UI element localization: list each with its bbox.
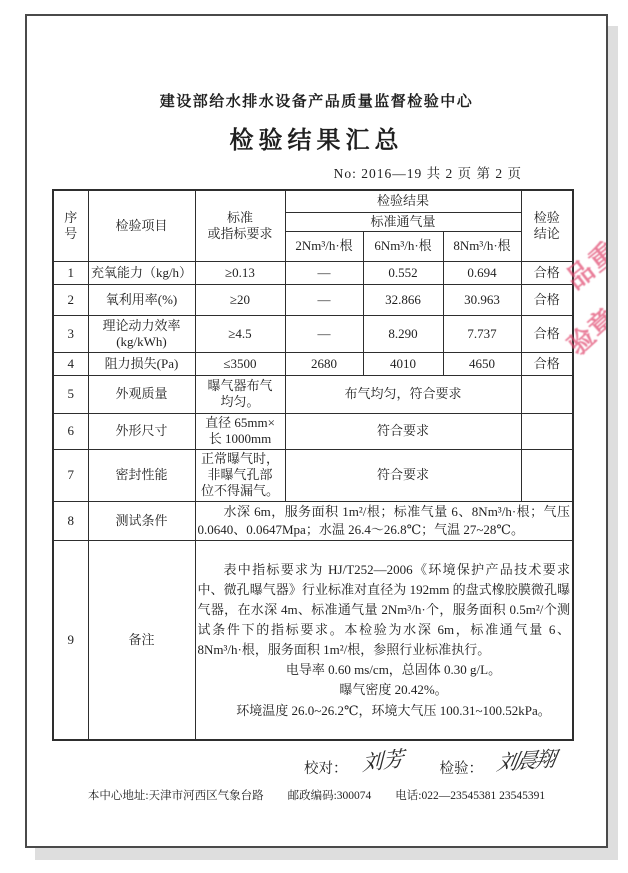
remark-line-density: 曝气密度 20.42%。 <box>198 680 571 700</box>
row-requirement: 正常曝气时， 非曝气孔部 位不得漏气。 <box>195 449 285 501</box>
proofread-signature: 刘芳 <box>361 749 403 775</box>
row-result: 符合要求 <box>285 449 521 501</box>
row-seq: 8 <box>53 501 88 540</box>
row-conclusion: 合格 <box>521 261 573 284</box>
row-seq: 1 <box>53 261 88 284</box>
row-requirement: ≤3500 <box>195 352 285 375</box>
test-conditions-cell: 水深 6m，服务面积 1m²/根；标准气量 6、8Nm³/h·根；气压 0.06… <box>195 501 573 540</box>
row-value-8: 4650 <box>443 352 521 375</box>
table-row: 1 充氧能力（kg/h） ≥0.13 — 0.552 0.694 合格 <box>53 261 573 284</box>
postal-code: 邮政编码:300074 <box>288 787 372 803</box>
row-result: 布气均匀，符合要求 <box>285 375 521 413</box>
row-item: 密封性能 <box>88 449 195 501</box>
row-conclusion: 合格 <box>521 352 573 375</box>
row-value-6: 8.290 <box>363 315 443 352</box>
row-requirement: ≥0.13 <box>195 261 285 284</box>
row-item: 氧利用率(%) <box>88 284 195 315</box>
center-address: 本中心地址:天津市河西区气象台路 <box>88 787 264 803</box>
header-result-group: 检验结果 <box>285 190 521 212</box>
row-seq: 3 <box>53 315 88 352</box>
row-value-2: 2680 <box>285 352 363 375</box>
row-value-6: 4010 <box>363 352 443 375</box>
header-airflow-2: 2Nm³/h·根 <box>285 231 363 261</box>
header-seq: 序 号 <box>53 190 88 261</box>
proofread-label: 校对： <box>304 751 348 778</box>
row-conclusion-empty <box>521 375 573 413</box>
table-row: 7 密封性能 正常曝气时， 非曝气孔部 位不得漏气。 符合要求 <box>53 449 573 501</box>
row-item: 理论动力效率 (kg/kWh) <box>88 315 195 352</box>
remark-line-environment: 环境温度 26.0~26.2℃，环境大气压 100.31~100.52kPa。 <box>198 701 571 721</box>
remark-line-conductivity: 电导率 0.60 ms/cm，总固体 0.30 g/L。 <box>198 660 571 680</box>
row-item: 测试条件 <box>88 501 195 540</box>
row-value-2: — <box>285 261 363 284</box>
table-row: 8 测试条件 水深 6m，服务面积 1m²/根；标准气量 6、8Nm³/h·根；… <box>53 501 573 540</box>
inspector-signature: 刘晨翔 <box>495 749 556 774</box>
row-item: 外观质量 <box>88 375 195 413</box>
table-row: 2 氧利用率(%) ≥20 — 32.866 30.963 合格 <box>53 284 573 315</box>
row-seq: 2 <box>53 284 88 315</box>
row-conclusion: 合格 <box>521 284 573 315</box>
row-value-2: — <box>285 315 363 352</box>
header-conclusion: 检验 结论 <box>521 190 573 261</box>
table-row: 4 阻力损失(Pa) ≤3500 2680 4010 4650 合格 <box>53 352 573 375</box>
row-value-2: — <box>285 284 363 315</box>
header-item: 检验项目 <box>88 190 195 261</box>
row-result: 符合要求 <box>285 413 521 449</box>
table-row: 9 备注 表中指标要求为 HJ/T252—2006《环境保护产品技术要求 中、微… <box>53 540 573 740</box>
row-seq: 4 <box>53 352 88 375</box>
row-item: 阻力损失(Pa) <box>88 352 195 375</box>
row-value-8: 30.963 <box>443 284 521 315</box>
header-row-1: 序 号 检验项目 标准 或指标要求 检验结果 检验 结论 <box>53 190 573 212</box>
remark-cell: 表中指标要求为 HJ/T252—2006《环境保护产品技术要求 中、微孔曝气器》… <box>195 540 573 740</box>
phone-numbers: 电话:022—23545381 23545391 <box>395 787 545 803</box>
row-item: 外形尺寸 <box>88 413 195 449</box>
row-requirement: ≥20 <box>195 284 285 315</box>
row-conclusion: 合格 <box>521 315 573 352</box>
row-value-6: 32.866 <box>363 284 443 315</box>
signature-row: 校对： 刘芳 检验： 刘晨翔 <box>27 751 606 778</box>
organization-title: 建设部给水排水设备产品质量监督检验中心 <box>27 90 606 111</box>
row-requirement: ≥4.5 <box>195 315 285 352</box>
row-seq: 5 <box>53 375 88 413</box>
inspector-label: 检验： <box>440 751 484 778</box>
row-seq: 9 <box>53 540 88 740</box>
row-value-6: 0.552 <box>363 261 443 284</box>
results-table: 序 号 检验项目 标准 或指标要求 检验结果 检验 结论 标准通气量 2Nm³/… <box>52 189 574 741</box>
row-seq: 7 <box>53 449 88 501</box>
row-requirement: 直径 65mm× 长 1000mm <box>195 413 285 449</box>
header-airflow-6: 6Nm³/h·根 <box>363 231 443 261</box>
remark-paragraph: 表中指标要求为 HJ/T252—2006《环境保护产品技术要求 中、微孔曝气器》… <box>198 560 571 661</box>
row-item: 充氧能力（kg/h） <box>88 261 195 284</box>
document-page: 建设部给水排水设备产品质量监督检验中心 检验结果汇总 No: 2016—19 共… <box>25 14 608 848</box>
row-conclusion-empty <box>521 413 573 449</box>
row-requirement: 曝气器布气 均匀。 <box>195 375 285 413</box>
table-row: 6 外形尺寸 直径 65mm× 长 1000mm 符合要求 <box>53 413 573 449</box>
footer-contact-row: 本中心地址:天津市河西区气象台路 邮政编码:300074 电话:022—2354… <box>27 787 606 803</box>
row-seq: 6 <box>53 413 88 449</box>
row-value-8: 7.737 <box>443 315 521 352</box>
header-airflow-group: 标准通气量 <box>285 212 521 231</box>
row-value-8: 0.694 <box>443 261 521 284</box>
header-airflow-8: 8Nm³/h·根 <box>443 231 521 261</box>
row-item: 备注 <box>88 540 195 740</box>
table-row: 5 外观质量 曝气器布气 均匀。 布气均匀，符合要求 <box>53 375 573 413</box>
header-standard: 标准 或指标要求 <box>195 190 285 261</box>
page-title: 检验结果汇总 <box>27 120 606 155</box>
row-conclusion-empty <box>521 449 573 501</box>
table-row: 3 理论动力效率 (kg/kWh) ≥4.5 — 8.290 7.737 合格 <box>53 315 573 352</box>
test-conditions-text: 水深 6m，服务面积 1m²/根；标准气量 6、8Nm³/h·根；气压 0.06… <box>198 503 571 539</box>
report-number: No: 2016—19 共 2 页 第 2 页 <box>27 162 606 182</box>
